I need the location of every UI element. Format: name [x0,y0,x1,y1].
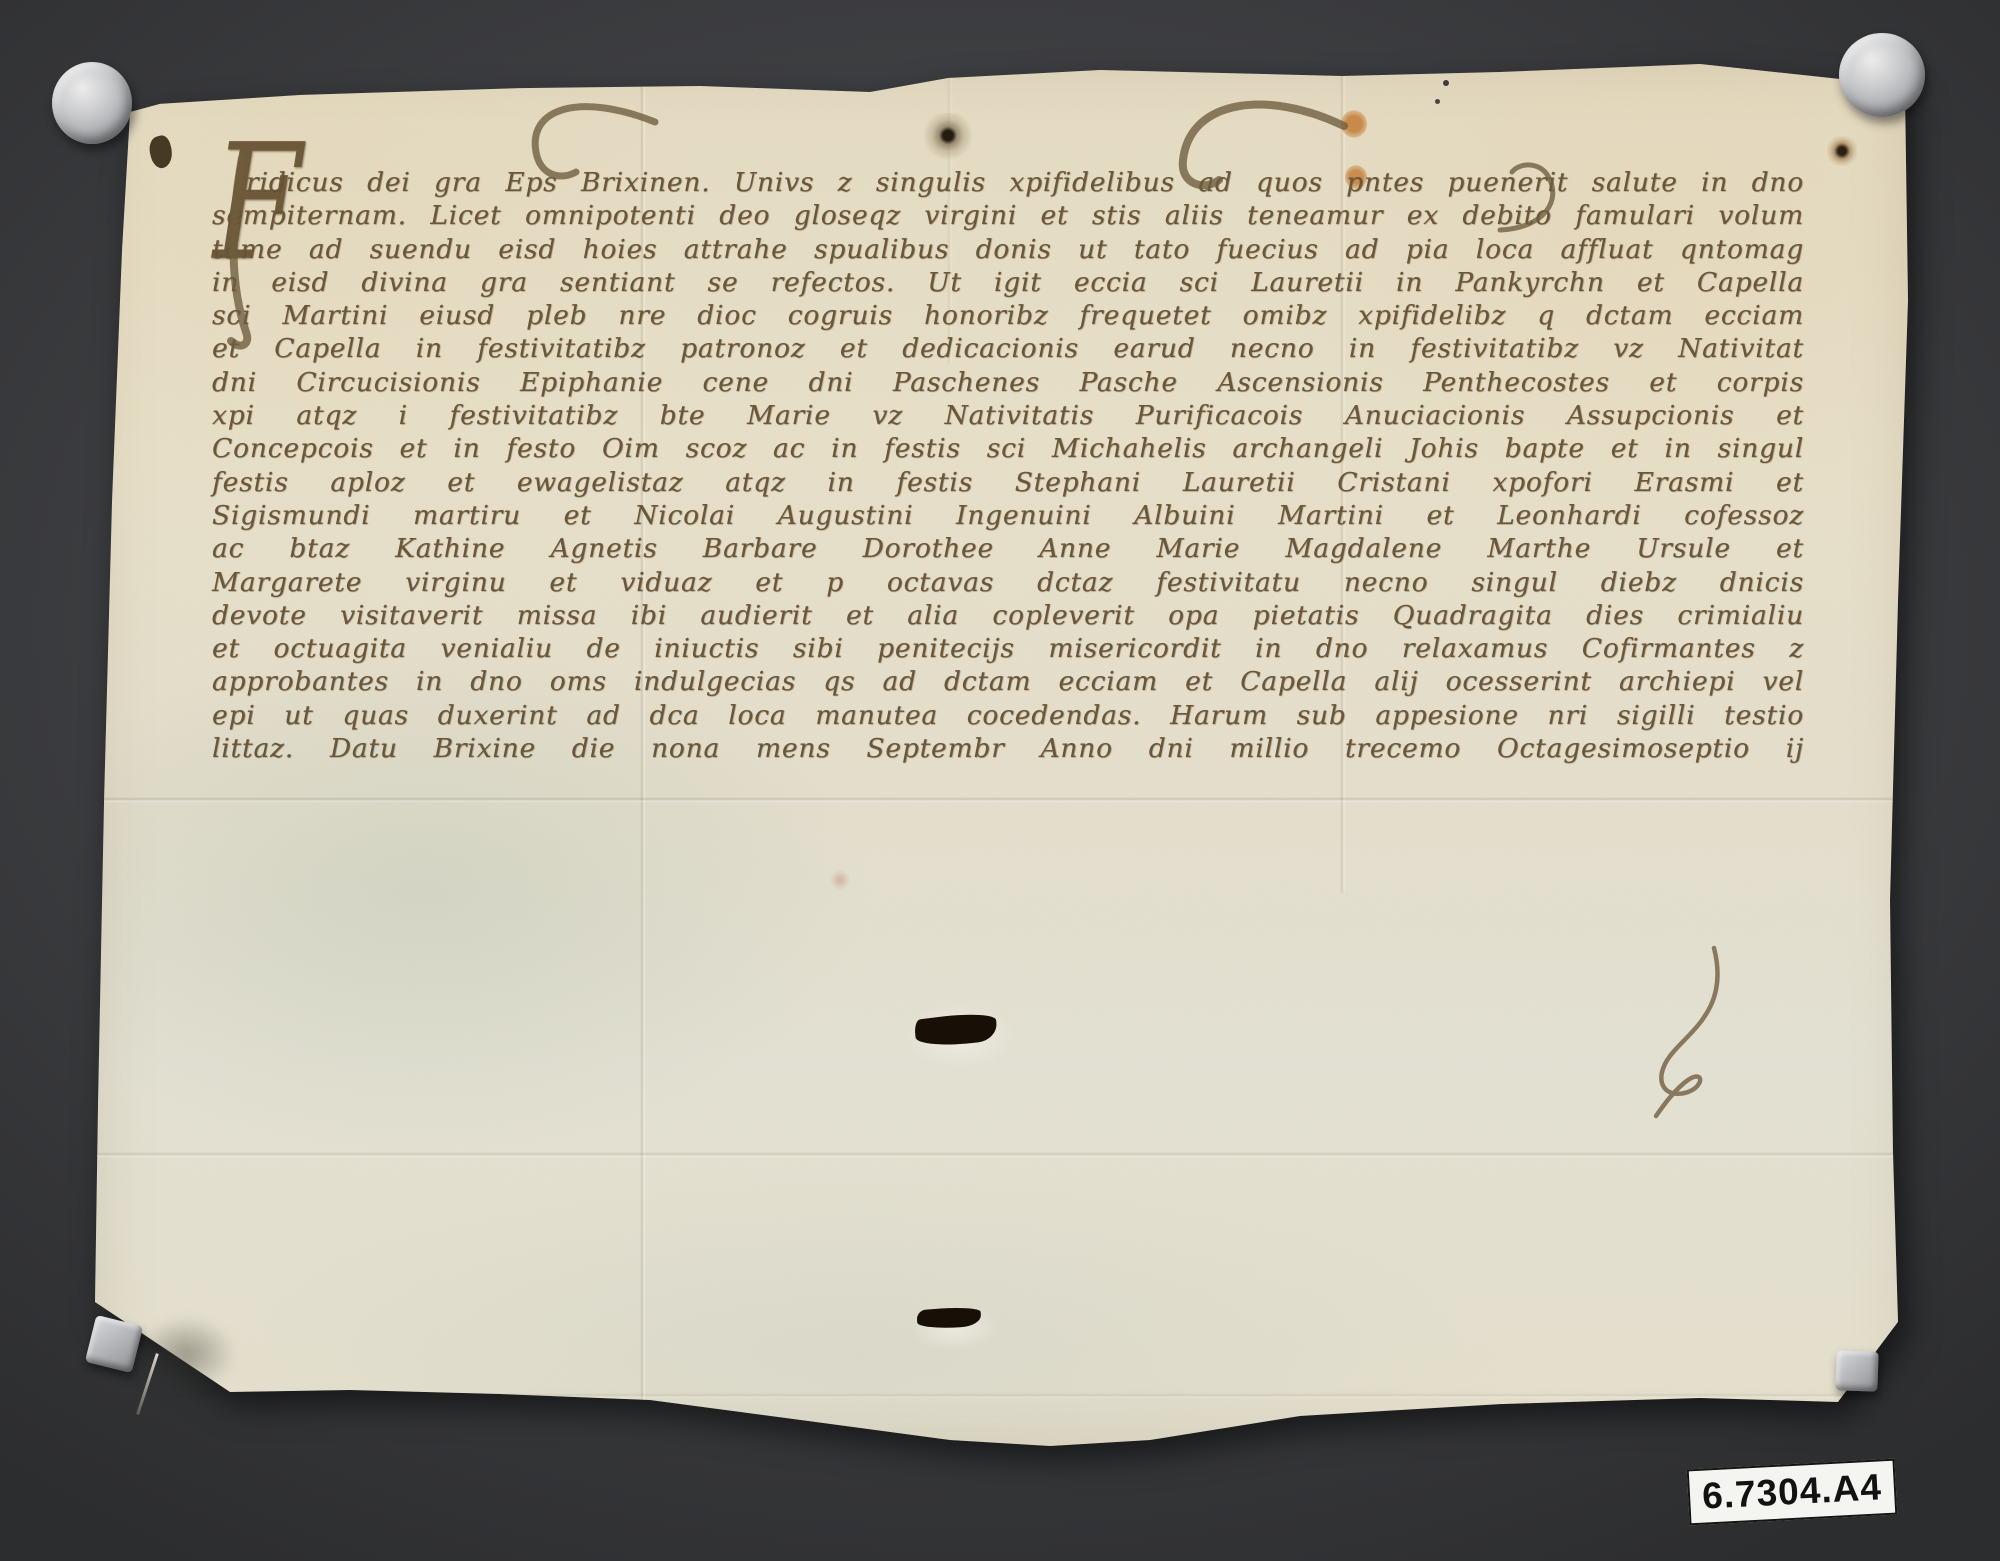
wormhole-top-center [923,113,973,163]
manuscript-line: littaz. Datu Brixine die nona mens Septe… [212,732,1804,765]
manuscript-line: in eisd divina gra sentiant se refectos.… [212,266,1804,299]
background-board: F ridicus dei gra Eps Brixinen. Univs z … [0,0,2000,1561]
ink-blot-top-left [146,134,176,171]
fold-crease-horizontal-lower [95,1152,1910,1158]
manuscript-line: sci Martini eiusd pleb nre dioc cogruis … [212,299,1804,332]
square-metal-magnet-bottom-right [1835,1350,1878,1391]
fold-crease-horizontal-bottom [95,1393,1910,1399]
parchment-sheet: F ridicus dei gra Eps Brixinen. Univs z … [95,58,1910,1450]
manuscript-line: Concepcois et in festo Oim scoz ac in fe… [212,432,1804,465]
manuscript-line: et Capella in festivitatibz patronoz et … [212,332,1804,365]
manuscript-line: sempiternam. Licet omnipotenti deo glose… [212,199,1804,232]
round-metal-pin-top-right [1839,33,1925,117]
manuscript-line: xpi atqz i festivitatibz bte Marie vz Na… [212,399,1804,432]
tear-halo-bottom [895,1298,1015,1358]
manuscript-line: festis aploz et ewagelistaz atqz in fest… [212,466,1804,499]
speck-1 [1443,80,1449,86]
manuscript-line: Margarete virginu et viduaz et p octavas… [212,566,1804,599]
pinhole-top-right [1827,136,1857,166]
manuscript-line: devote visitaverit missa ibi audierit et… [212,599,1804,632]
manuscript-line: approbantes in dno oms indulgecias qs ad… [212,665,1804,698]
manuscript-line: Sigismundi martiru et Nicolai Augustini … [212,499,1804,532]
manuscript-line: epi ut quas duxerint ad dca loca manutea… [212,699,1804,732]
tear-halo-middle [885,993,1035,1079]
speck-2 [1435,99,1440,104]
manuscript-text-block: ridicus dei gra Eps Brixinen. Univs z si… [212,166,1804,765]
shelfmark-label: 6.7304.A4 [1687,1459,1898,1526]
rust-stain-upper [1341,110,1367,138]
parchment-wrap: F ridicus dei gra Eps Brixinen. Univs z … [0,0,2000,1561]
magnet-shadow [116,1302,256,1406]
faint-stain-center [830,870,850,890]
fold-crease-horizontal-upper [95,797,1910,803]
manuscript-line: ridicus dei gra Eps Brixinen. Univs z si… [212,166,1804,199]
manuscript-line: tame ad suendu eisd hoies attrahe spuali… [212,233,1804,266]
manuscript-line: et octuagita venialiu de iniuctis sibi p… [212,632,1804,665]
shelfmark-text: 6.7304.A4 [1701,1466,1883,1517]
manuscript-line: dni Circucisionis Epiphanie cene dni Pas… [212,366,1804,399]
tear-hole-bottom [916,1306,981,1330]
round-metal-pin-top-left [52,62,132,144]
tear-hole-middle [913,1010,998,1050]
manuscript-line: ac btaz Kathine Agnetis Barbare Dorothee… [212,532,1804,565]
